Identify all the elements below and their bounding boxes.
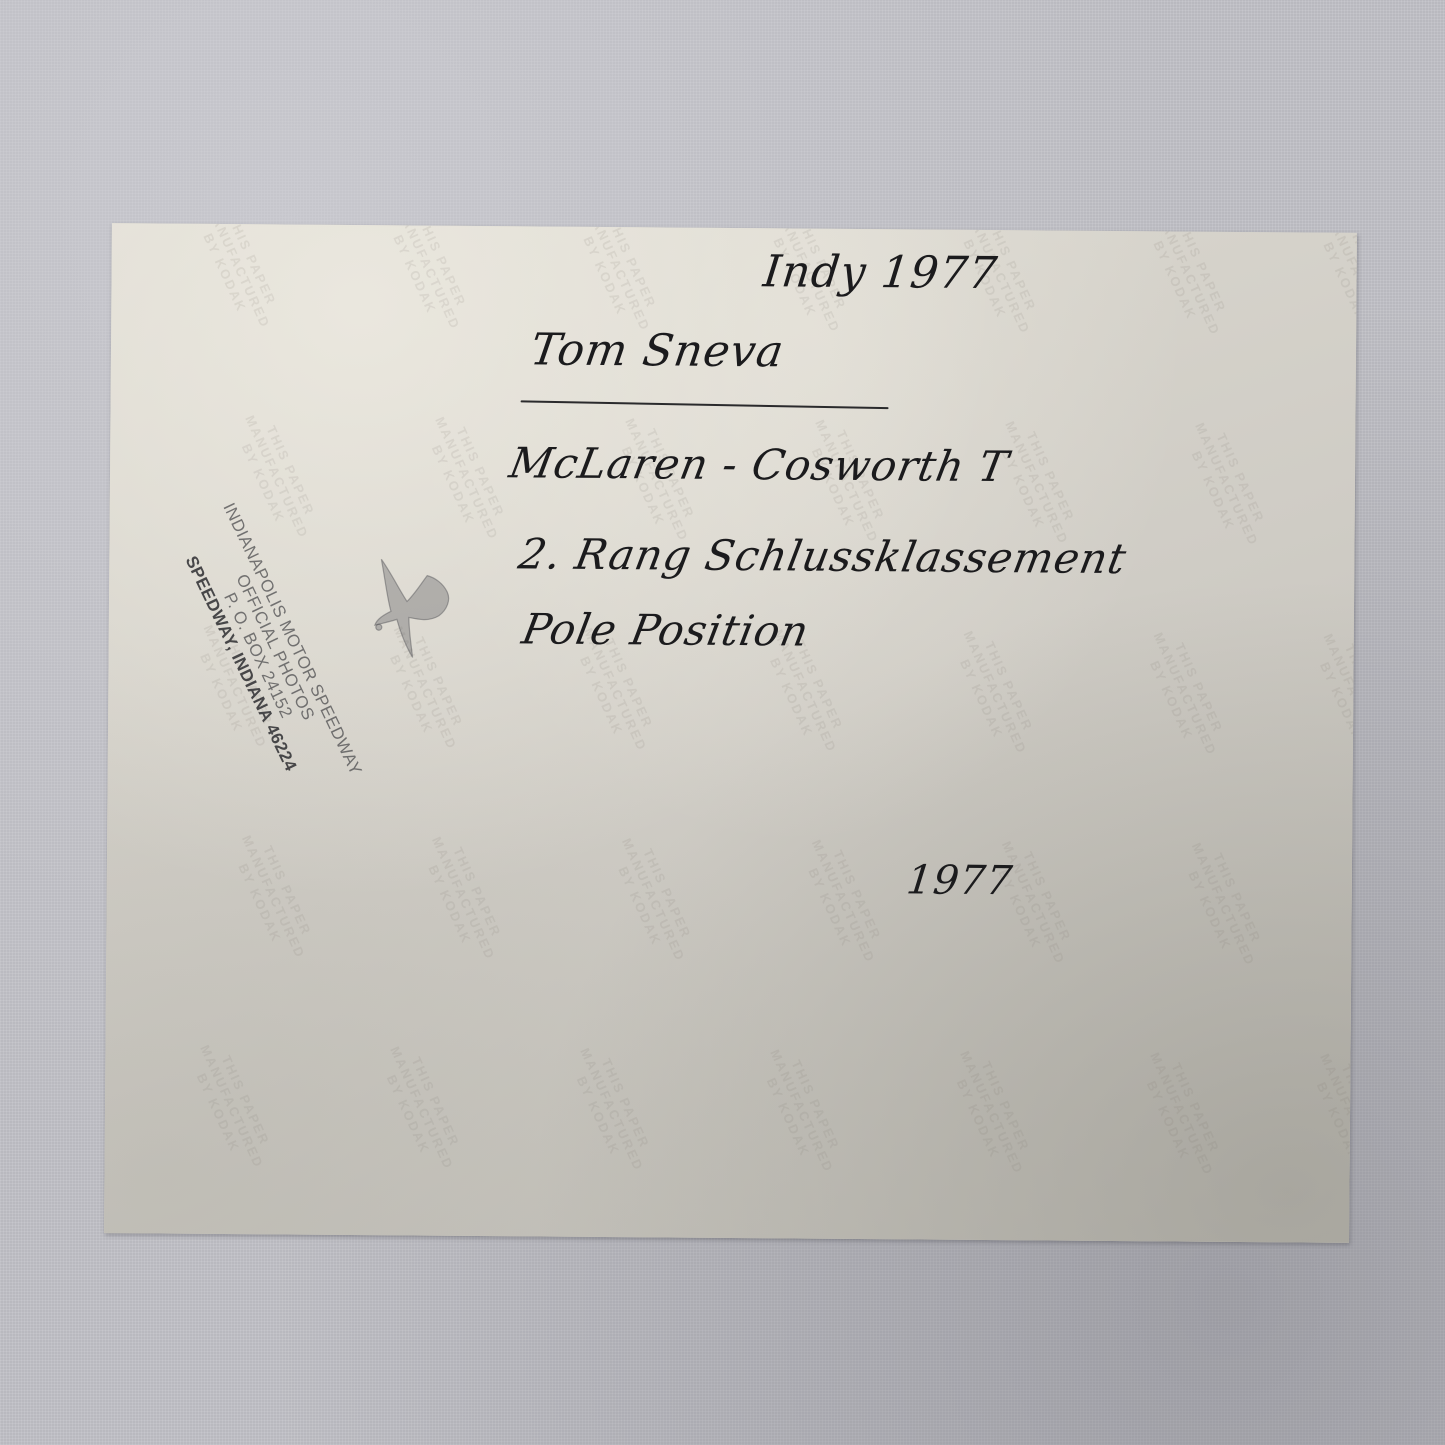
kodak-watermark-text: THIS PAPER MANUFACTURED BY KODAK: [605, 830, 702, 970]
kodak-watermark-text: THIS PAPER MANUFACTURED BY KODAK: [415, 828, 512, 968]
kodak-watermark-layer: THIS PAPER MANUFACTURED BY KODAKTHIS PAP…: [112, 223, 1357, 233]
kodak-watermark-text: THIS PAPER MANUFACTURED BY KODAK: [225, 827, 322, 967]
handwritten-car-line: McLaren - Cosworth T: [506, 438, 1013, 491]
kodak-watermark-text: THIS PAPER MANUFACTURED BY KODAK: [1345, 836, 1357, 976]
photo-back-paper: THIS PAPER MANUFACTURED BY KODAKTHIS PAP…: [104, 223, 1357, 1243]
kodak-watermark-text: THIS PAPER MANUFACTURED BY KODAK: [190, 223, 287, 337]
winged-wheel-logo-icon: [367, 553, 458, 664]
kodak-watermark-text: THIS PAPER MANUFACTURED BY KODAK: [1310, 223, 1357, 345]
kodak-watermark-text: THIS PAPER MANUFACTURED BY KODAK: [944, 1042, 1041, 1182]
kodak-watermark-text: THIS PAPER MANUFACTURED BY KODAK: [1175, 834, 1272, 974]
handwritten-year: 1977: [904, 857, 1015, 904]
kodak-watermark-text: THIS PAPER MANUFACTURED BY KODAK: [947, 622, 1044, 762]
kodak-watermark-text: THIS PAPER MANUFACTURED BY KODAK: [1134, 1044, 1231, 1184]
kodak-watermark-text: THIS PAPER MANUFACTURED BY KODAK: [1137, 624, 1234, 764]
kodak-watermark-text: THIS PAPER MANUFACTURED BY KODAK: [380, 223, 477, 338]
kodak-watermark-text: THIS PAPER MANUFACTURED BY KODAK: [1179, 414, 1276, 554]
kodak-watermark-text: THIS PAPER MANUFACTURED BY KODAK: [419, 408, 516, 548]
kodak-watermark-text: THIS PAPER MANUFACTURED BY KODAK: [754, 1041, 851, 1181]
kodak-watermark-text: THIS PAPER MANUFACTURED BY KODAK: [1304, 1045, 1357, 1185]
handwritten-driver-name: Tom Sneva: [527, 324, 787, 377]
handwritten-pole-line: Pole Position: [518, 604, 813, 655]
kodak-watermark-text: THIS PAPER MANUFACTURED BY KODAK: [184, 1036, 281, 1176]
kodak-watermark-text: THIS PAPER MANUFACTURED BY KODAK: [1307, 625, 1357, 765]
name-underline: [521, 400, 889, 409]
handwritten-result-line: 2. Rang Schlussklassement: [515, 529, 1131, 583]
handwritten-header: Indy 1977: [761, 246, 1000, 299]
speedway-official-photo-stamp: INDIANAPOLIS MOTOR SPEEDWAY OFFICIAL PHO…: [104, 486, 372, 870]
kodak-watermark-text: THIS PAPER MANUFACTURED BY KODAK: [1349, 416, 1357, 556]
kodak-watermark-text: THIS PAPER MANUFACTURED BY KODAK: [570, 223, 667, 340]
kodak-watermark-text: THIS PAPER MANUFACTURED BY KODAK: [564, 1039, 661, 1179]
kodak-watermark-text: THIS PAPER MANUFACTURED BY KODAK: [795, 831, 892, 971]
kodak-watermark-text: THIS PAPER MANUFACTURED BY KODAK: [374, 1038, 471, 1178]
kodak-watermark-text: THIS PAPER MANUFACTURED BY KODAK: [1140, 223, 1237, 344]
